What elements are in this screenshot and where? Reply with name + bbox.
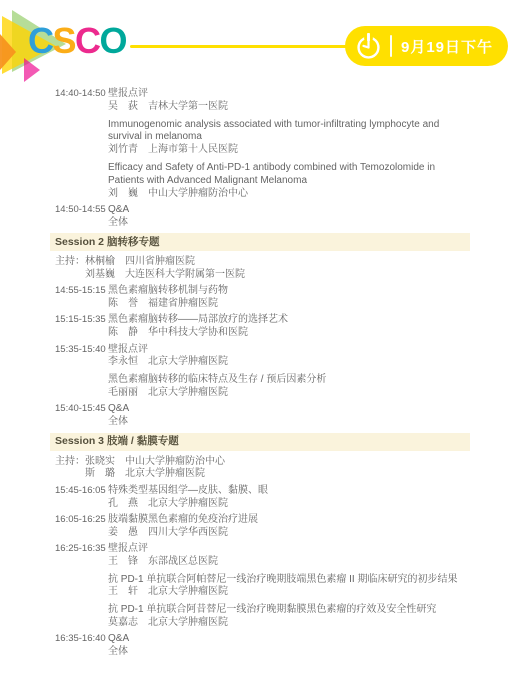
- chair-list: 张晓实 中山大学肿瘤防治中心斯 璐 北京大学肿瘤医院: [85, 456, 470, 482]
- speaker-line: 姜 愚 四川大学华西医院: [108, 527, 470, 540]
- schedule-item: 15:35-15:40壁报点评李永恒 北京大学肿瘤医院黑色素瘤脑转移的临床特点及…: [55, 344, 470, 400]
- talk-block: Immunogenomic analysis associated with t…: [108, 119, 470, 157]
- program-page: CSCO 9月19日下午 14:40-14:50壁报点评吴 荻 吉林大学第一医院…: [0, 0, 521, 677]
- talk-title: Efficacy and Safety of Anti-PD-1 antibod…: [108, 162, 470, 188]
- schedule-item: 15:40-15:45Q&A全体: [55, 403, 470, 429]
- header-connector-line: [130, 45, 355, 48]
- schedule-item: 14:50-14:55Q&A全体: [55, 204, 470, 230]
- talk-block: 黑色素瘤脑转移——局部放疗的选择艺术陈 静 华中科技大学协和医院: [108, 314, 470, 340]
- speaker-line: 刘 巍 中山大学肿瘤防治中心: [108, 188, 470, 201]
- schedule-item: 16:35-16:40Q&A全体: [55, 633, 470, 659]
- item-content: 壁报点评吴 荻 吉林大学第一医院Immunogenomic analysis a…: [108, 88, 470, 200]
- logo-letter: C: [28, 20, 53, 61]
- time-slot: 16:05-16:25: [55, 514, 108, 527]
- talk-title: Q&A: [108, 204, 470, 217]
- logo-letter: O: [100, 20, 127, 61]
- talk-block: 抗 PD-1 单抗联合阿帕替尼一线治疗晚期肢端黑色素瘤 II 期临床研究的初步结…: [108, 574, 470, 600]
- item-content: Q&A全体: [108, 633, 470, 659]
- item-content: Q&A全体: [108, 204, 470, 230]
- chair-line: 张晓实 中山大学肿瘤防治中心: [85, 456, 470, 469]
- talk-block: 壁报点评王 锋 东部战区总医院: [108, 543, 470, 569]
- clock-icon: [355, 33, 382, 60]
- talk-title: Q&A: [108, 633, 470, 646]
- session-header: Session 2 脑转移专题: [50, 233, 470, 251]
- speaker-line: 陈 誉 福建省肿瘤医院: [108, 298, 470, 311]
- speaker-line: 全体: [108, 416, 470, 429]
- chairs-row: 主持：林桐榆 四川省肿瘤医院刘基巍 大连医科大学附属第一医院: [55, 256, 470, 282]
- talk-title: 黑色素瘤脑转移的临床特点及生存 / 预后因素分析: [108, 374, 470, 387]
- talk-title: Immunogenomic analysis associated with t…: [108, 119, 470, 145]
- time-slot: 14:40-14:50: [55, 88, 108, 101]
- item-content: 壁报点评李永恒 北京大学肿瘤医院黑色素瘤脑转移的临床特点及生存 / 预后因素分析…: [108, 344, 470, 400]
- schedule-list: 14:40-14:50壁报点评吴 荻 吉林大学第一医院Immunogenomic…: [0, 82, 521, 659]
- chair-line: 刘基巍 大连医科大学附属第一医院: [85, 269, 470, 282]
- time-slot: 16:25-16:35: [55, 543, 108, 556]
- schedule-item: 15:15-15:35黑色素瘤脑转移——局部放疗的选择艺术陈 静 华中科技大学协…: [55, 314, 470, 340]
- speaker-line: 莫嘉志 北京大学肿瘤医院: [108, 617, 470, 630]
- speaker-line: 刘竹青 上海市第十人民医院: [108, 144, 470, 157]
- time-slot: 15:40-15:45: [55, 403, 108, 416]
- talk-title: 抗 PD-1 单抗联合阿帕替尼一线治疗晚期肢端黑色素瘤 II 期临床研究的初步结…: [108, 574, 470, 587]
- talk-block: 抗 PD-1 单抗联合阿昔替尼一线治疗晚期黏膜黑色素瘤的疗效及安全性研究莫嘉志 …: [108, 604, 470, 630]
- chairs-label: 主持：: [55, 456, 85, 469]
- time-slot: 16:35-16:40: [55, 633, 108, 646]
- speaker-line: 毛丽丽 北京大学肿瘤医院: [108, 387, 470, 400]
- talk-block: 肢端黏膜黑色素瘤的免疫治疗进展姜 愚 四川大学华西医院: [108, 514, 470, 540]
- talk-title: 壁报点评: [108, 88, 470, 101]
- speaker-line: 王 锋 东部战区总医院: [108, 556, 470, 569]
- schedule-item: 15:45-16:05特殊类型基因组学—皮肤、黏膜、眼孔 燕 北京大学肿瘤医院: [55, 485, 470, 511]
- item-content: Q&A全体: [108, 403, 470, 429]
- talk-title: 肢端黏膜黑色素瘤的免疫治疗进展: [108, 514, 470, 527]
- talk-block: 壁报点评吴 荻 吉林大学第一医院: [108, 88, 470, 114]
- talk-title: 壁报点评: [108, 344, 470, 357]
- session-header: Session 3 肢端 / 黏膜专题: [50, 433, 470, 451]
- page-header: CSCO 9月19日下午: [0, 0, 521, 82]
- talk-title: Q&A: [108, 403, 470, 416]
- time-slot: 15:45-16:05: [55, 485, 108, 498]
- talk-block: 壁报点评李永恒 北京大学肿瘤医院: [108, 344, 470, 370]
- schedule-item: 16:05-16:25肢端黏膜黑色素瘤的免疫治疗进展姜 愚 四川大学华西医院: [55, 514, 470, 540]
- speaker-line: 陈 静 华中科技大学协和医院: [108, 327, 470, 340]
- schedule-item: 14:55-15:15黑色素瘤脑转移机制与药物陈 誉 福建省肿瘤医院: [55, 285, 470, 311]
- schedule-item: 14:40-14:50壁报点评吴 荻 吉林大学第一医院Immunogenomic…: [55, 88, 470, 200]
- speaker-line: 全体: [108, 646, 470, 659]
- speaker-line: 孔 燕 北京大学肿瘤医院: [108, 498, 470, 511]
- talk-title: 黑色素瘤脑转移机制与药物: [108, 285, 470, 298]
- item-content: 黑色素瘤脑转移机制与药物陈 誉 福建省肿瘤医院: [108, 285, 470, 311]
- csco-logo-text: CSCO: [28, 21, 126, 61]
- item-content: 壁报点评王 锋 东部战区总医院抗 PD-1 单抗联合阿帕替尼一线治疗晚期肢端黑色…: [108, 543, 470, 630]
- talk-block: Q&A全体: [108, 204, 470, 230]
- talk-block: Q&A全体: [108, 403, 470, 429]
- talk-title: 壁报点评: [108, 543, 470, 556]
- badge-divider: [390, 35, 392, 57]
- time-slot: 14:50-14:55: [55, 204, 108, 217]
- chair-list: 林桐榆 四川省肿瘤医院刘基巍 大连医科大学附属第一医院: [85, 256, 470, 282]
- item-content: 黑色素瘤脑转移——局部放疗的选择艺术陈 静 华中科技大学协和医院: [108, 314, 470, 340]
- time-slot: 14:55-15:15: [55, 285, 108, 298]
- time-slot: 15:35-15:40: [55, 344, 108, 357]
- talk-block: 黑色素瘤脑转移机制与药物陈 誉 福建省肿瘤医院: [108, 285, 470, 311]
- speaker-line: 王 轩 北京大学肿瘤医院: [108, 586, 470, 599]
- item-content: 特殊类型基因组学—皮肤、黏膜、眼孔 燕 北京大学肿瘤医院: [108, 485, 470, 511]
- logo-letter: S: [53, 20, 76, 61]
- talk-block: Efficacy and Safety of Anti-PD-1 antibod…: [108, 162, 470, 200]
- chairs-label: 主持：: [55, 256, 85, 269]
- talk-block: Q&A全体: [108, 633, 470, 659]
- chair-line: 斯 璐 北京大学肿瘤医院: [85, 468, 470, 481]
- talk-title: 黑色素瘤脑转移——局部放疗的选择艺术: [108, 314, 470, 327]
- speaker-line: 全体: [108, 217, 470, 230]
- csco-logo: CSCO: [0, 8, 150, 80]
- speaker-line: 李永恒 北京大学肿瘤医院: [108, 356, 470, 369]
- schedule-item: 16:25-16:35壁报点评王 锋 东部战区总医院抗 PD-1 单抗联合阿帕替…: [55, 543, 470, 630]
- speaker-line: 吴 荻 吉林大学第一医院: [108, 101, 470, 114]
- talk-block: 黑色素瘤脑转移的临床特点及生存 / 预后因素分析毛丽丽 北京大学肿瘤医院: [108, 374, 470, 400]
- talk-title: 特殊类型基因组学—皮肤、黏膜、眼: [108, 485, 470, 498]
- item-content: 肢端黏膜黑色素瘤的免疫治疗进展姜 愚 四川大学华西医院: [108, 514, 470, 540]
- chairs-row: 主持：张晓实 中山大学肿瘤防治中心斯 璐 北京大学肿瘤医院: [55, 456, 470, 482]
- logo-letter: C: [75, 20, 100, 61]
- date-badge: 9月19日下午: [345, 26, 508, 66]
- talk-title: 抗 PD-1 单抗联合阿昔替尼一线治疗晚期黏膜黑色素瘤的疗效及安全性研究: [108, 604, 470, 617]
- talk-block: 特殊类型基因组学—皮肤、黏膜、眼孔 燕 北京大学肿瘤医院: [108, 485, 470, 511]
- chair-line: 林桐榆 四川省肿瘤医院: [85, 256, 470, 269]
- time-slot: 15:15-15:35: [55, 314, 108, 327]
- badge-date-label: 9月19日下午: [401, 36, 493, 57]
